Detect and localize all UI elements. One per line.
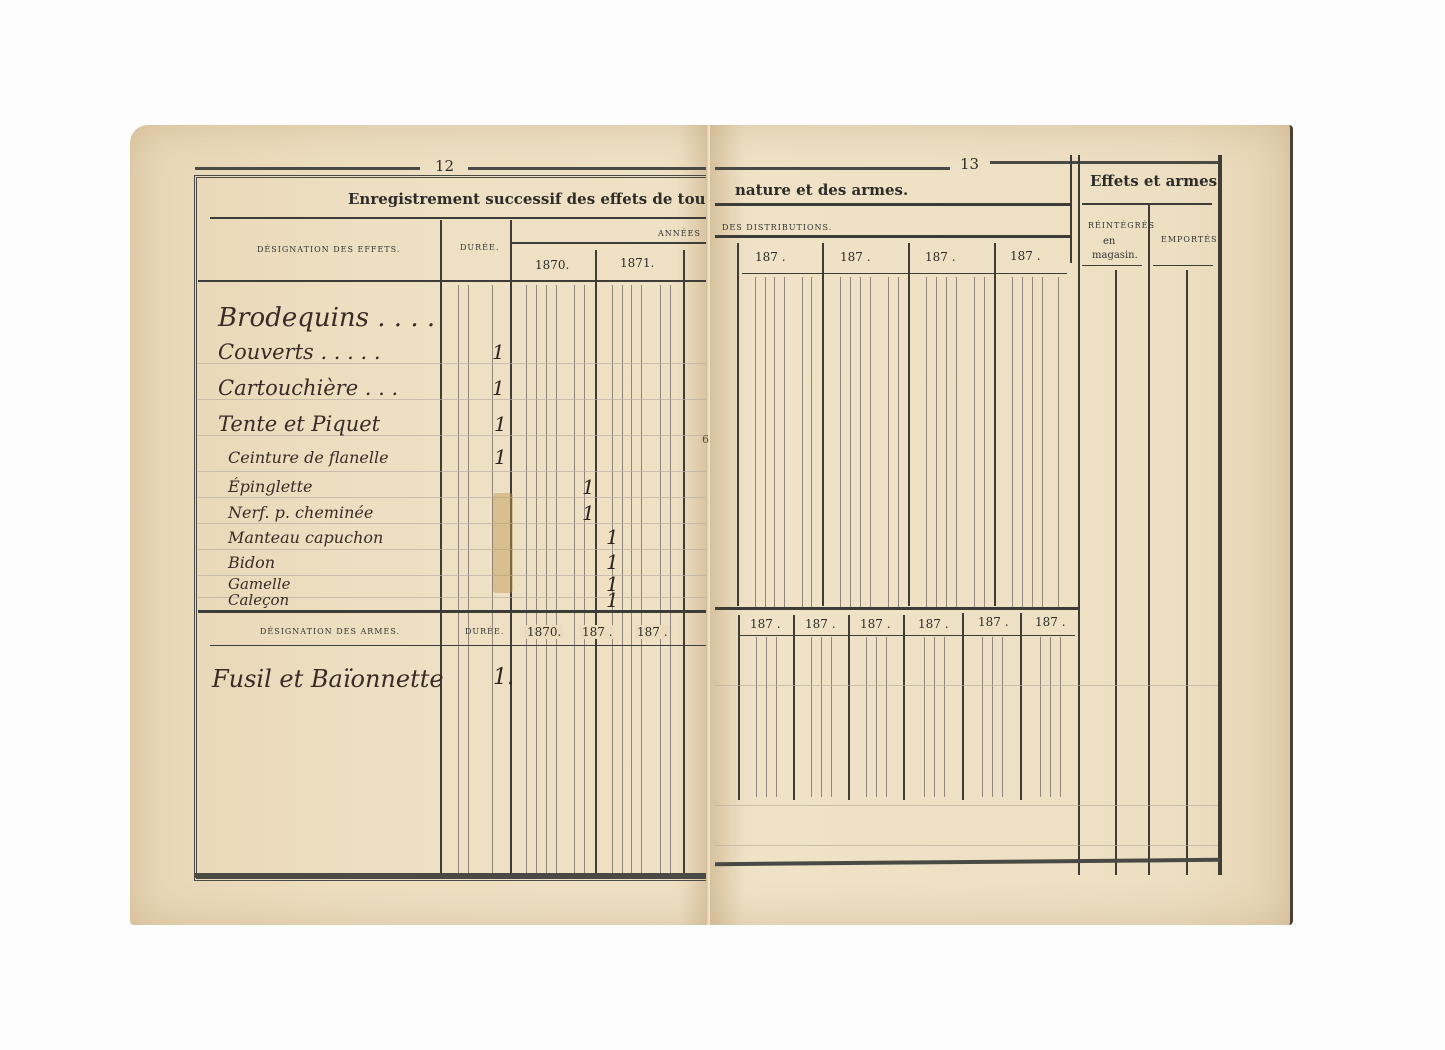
- grid-line: [715, 685, 1218, 686]
- col-subline: [1050, 637, 1051, 797]
- armes-year: 1870.: [525, 625, 563, 639]
- year-1870: 1870.: [535, 258, 569, 272]
- col-subline: [886, 637, 887, 797]
- col-subline: [926, 277, 927, 607]
- armes-year: 187 .: [635, 625, 670, 639]
- distributions-label: DES DISTRIBUTIONS.: [722, 223, 832, 232]
- col-subline: [934, 637, 935, 797]
- col-subline: [1058, 277, 1059, 607]
- dist-year: 187 .: [1010, 249, 1041, 263]
- col-subline: [876, 637, 877, 797]
- side-col-rule: [1153, 265, 1213, 266]
- right-title: nature et des armes.: [735, 181, 908, 199]
- grid-line: [198, 497, 710, 498]
- col-subline: [641, 285, 642, 875]
- col-subline: [866, 637, 867, 797]
- duree-label: DURÉE.: [460, 243, 499, 252]
- side-col-divider: [1148, 205, 1150, 875]
- top-rule: [468, 167, 713, 170]
- magasin-label: magasin.: [1092, 250, 1138, 261]
- right-page: 13 nature et des armes. Effets et armes …: [710, 125, 1293, 925]
- col-subline: [946, 277, 947, 607]
- effet-item: Caleçon: [228, 591, 289, 609]
- col-subline: [756, 637, 757, 797]
- col-divider: [903, 615, 905, 800]
- designation-effets-label: DÉSIGNATION DES EFFETS.: [257, 245, 400, 254]
- col-subline: [774, 277, 775, 607]
- col-subline: [536, 285, 537, 875]
- col-subline: [992, 637, 993, 797]
- effet-item: Couverts . . . . .: [218, 340, 381, 364]
- bottom-rule: [194, 873, 710, 878]
- col-subline: [584, 285, 585, 875]
- effet-col-a: 1: [582, 501, 595, 525]
- distributions-rule: [715, 235, 1070, 238]
- col-divider: [848, 615, 850, 800]
- col-subline: [984, 277, 985, 607]
- effet-duree: 1: [492, 376, 505, 400]
- armes-dist-year: 187 .: [1035, 615, 1066, 629]
- armes-dist-year: 187 .: [978, 615, 1009, 629]
- col-subline: [924, 637, 925, 797]
- title-underline: [715, 203, 1070, 206]
- armes-dist-year: 187 .: [805, 617, 836, 631]
- col-divider: [737, 243, 739, 606]
- col-subline: [766, 637, 767, 797]
- grid-line: [198, 523, 710, 524]
- col-subline: [660, 285, 661, 875]
- col-subline: [802, 277, 803, 607]
- grid-line: [715, 845, 1218, 846]
- effet-item: Brodequins . . . .: [218, 303, 435, 333]
- col-subline: [936, 277, 937, 607]
- effet-item: Tente et Piquet: [218, 412, 380, 436]
- dist-year: 187 .: [755, 250, 786, 264]
- col-divider: [683, 250, 685, 875]
- effet-duree: 1: [494, 412, 507, 436]
- col-divider: [440, 220, 442, 875]
- col-subline: [898, 277, 899, 607]
- effet-item: Bidon: [228, 553, 275, 572]
- side-box-title: Effets et armes: [1090, 172, 1217, 190]
- annees-rule: [510, 242, 710, 244]
- side-col-rule: [1082, 265, 1142, 266]
- col-subline: [776, 637, 777, 797]
- col-subline: [468, 285, 469, 875]
- designation-armes-label: DÉSIGNATION DES ARMES.: [260, 627, 400, 636]
- emportes-label: EMPORTÉS.: [1161, 235, 1221, 244]
- col-subline: [1042, 277, 1043, 607]
- col-subline: [831, 637, 832, 797]
- col-subline: [982, 637, 983, 797]
- right-border: [1218, 155, 1222, 875]
- left-title: Enregistrement successif des effets de t…: [348, 190, 722, 208]
- col-subline: [974, 277, 975, 607]
- header-bottom-rule: [198, 280, 710, 282]
- col-subline: [811, 637, 812, 797]
- arme-duree: 1.: [493, 665, 514, 690]
- arme-item: Fusil et Baïonnette: [212, 665, 444, 693]
- year-1871: 1871.: [620, 256, 654, 270]
- col-subline: [574, 285, 575, 875]
- col-divider: [1078, 155, 1080, 875]
- col-divider: [822, 243, 824, 606]
- col-subline: [670, 285, 671, 875]
- col-subline: [631, 285, 632, 875]
- col-subline: [765, 277, 766, 607]
- title-underline: [210, 217, 710, 219]
- col-subline: [888, 277, 889, 607]
- tape-stain: [493, 493, 513, 593]
- col-divider: [962, 613, 964, 800]
- effet-item: Nerf. p. cheminée: [228, 503, 373, 522]
- en-label: en: [1103, 236, 1115, 247]
- col-subline: [944, 637, 945, 797]
- reintegres-label: RÉINTÉGRÉS: [1088, 221, 1155, 230]
- year-rule: [740, 635, 1075, 636]
- col-divider: [738, 615, 740, 800]
- col-subline: [850, 277, 851, 607]
- col-divider: [994, 243, 996, 606]
- armes-top-rule: [198, 610, 710, 613]
- bottom-rule: [715, 858, 1220, 866]
- armes-dist-year: 187 .: [918, 617, 949, 631]
- armes-top-rule: [715, 607, 1078, 610]
- effet-item: Manteau capuchon: [228, 528, 383, 547]
- col-subline: [1002, 637, 1003, 797]
- effet-col-b: 1: [606, 550, 619, 574]
- col-subline: [1032, 277, 1033, 607]
- side-col-subline: [1115, 270, 1117, 875]
- col-subline: [956, 277, 957, 607]
- col-divider: [1020, 613, 1022, 800]
- page-number-13: 13: [960, 155, 979, 173]
- col-subline: [840, 277, 841, 607]
- effet-item: Cartouchière . . .: [218, 376, 398, 400]
- grid-line: [715, 805, 1218, 806]
- col-subline: [556, 285, 557, 875]
- col-subline: [546, 285, 547, 875]
- grid-line: [198, 549, 710, 550]
- effet-item: Ceinture de flanelle: [228, 448, 389, 467]
- col-subline: [1022, 277, 1023, 607]
- col-subline: [1040, 637, 1041, 797]
- year-rule: [742, 273, 1067, 274]
- top-rule: [715, 167, 950, 170]
- col-subline: [811, 277, 812, 607]
- dist-year: 187 .: [925, 250, 956, 264]
- col-divider: [595, 250, 597, 875]
- page-number-12: 12: [435, 157, 454, 175]
- effet-col-b: 1: [606, 525, 619, 549]
- armes-year: 187 .: [580, 625, 615, 639]
- col-subline: [870, 277, 871, 607]
- armes-dist-year: 187 .: [860, 617, 891, 631]
- armes-dist-year: 187 .: [750, 617, 781, 631]
- col-subline: [1012, 277, 1013, 607]
- military-booklet: 12 Enregistrement successif des effets d…: [130, 125, 1290, 925]
- effet-col-b: 1: [606, 588, 619, 612]
- col-divider: [908, 243, 910, 606]
- effet-item: Épinglette: [228, 477, 313, 496]
- effet-duree: 1: [494, 445, 507, 469]
- col-subline: [622, 285, 623, 875]
- col-subline: [821, 637, 822, 797]
- armes-duree-label: DURÉE.: [465, 627, 504, 636]
- col-subline: [784, 277, 785, 607]
- col-subline: [860, 277, 861, 607]
- col-subline: [755, 277, 756, 607]
- col-subline: [458, 285, 459, 875]
- effet-col-a: 1: [582, 475, 595, 499]
- effet-duree: 1: [492, 340, 505, 364]
- col-subline: [1060, 637, 1061, 797]
- top-rule: [195, 167, 420, 170]
- col-divider: [793, 615, 795, 800]
- side-col-subline: [1186, 270, 1188, 875]
- armes-header-rule: [210, 645, 710, 646]
- col-subline: [526, 285, 527, 875]
- grid-line: [198, 471, 710, 472]
- left-page: 12 Enregistrement successif des effets d…: [130, 125, 708, 925]
- side-box-underline: [1082, 203, 1212, 205]
- annees-label: ANNÉES: [658, 229, 701, 238]
- dist-year: 187 .: [840, 250, 871, 264]
